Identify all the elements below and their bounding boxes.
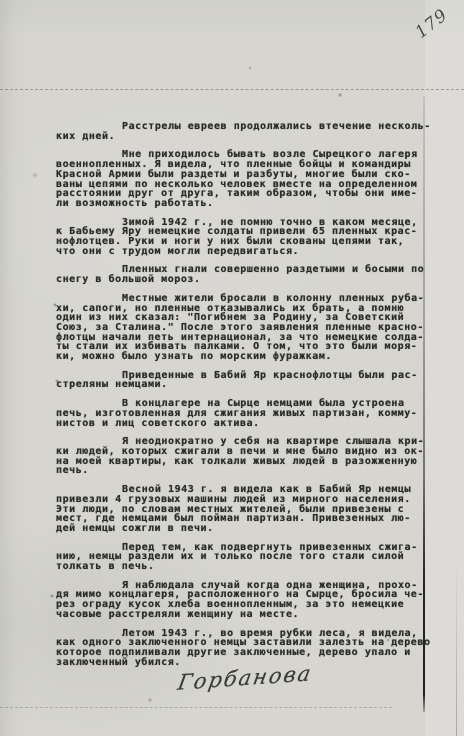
paragraph-12: Летом 1943 г., во время рубки леса, я ви… — [56, 629, 436, 668]
typewritten-text-block: Расстрелы евреев продолжались втечение н… — [56, 122, 436, 676]
paragraph-5: Местные жители бросали в колонну пленных… — [56, 294, 436, 362]
paragraph-11: Я наблюдала случай когда одна женщина, п… — [56, 581, 436, 620]
right-edge-line — [456, 556, 457, 736]
paragraph-1: Расстрелы евреев продолжались втечение н… — [56, 122, 436, 141]
scanned-page: 179 Расстрелы евреев продолжались втечен… — [0, 0, 464, 736]
paragraph-8: Я неоднократно у себя на квартире слышал… — [56, 437, 436, 476]
horizontal-fold-line-top — [0, 89, 464, 90]
horizontal-fold-line-bottom — [0, 707, 392, 708]
paragraph-6: Приведенные в Бабий Яр краснофлотцы были… — [56, 371, 436, 390]
paragraph-7: В концлагере на Сырце немцами была устро… — [56, 399, 436, 428]
paragraph-3: Зимой 1942 г., не помню точно в каком ме… — [56, 218, 436, 257]
paragraph-10: Перед тем, как подвергнуть привезенных с… — [56, 543, 436, 572]
paragraph-4: Пленных гнали совершенно раздетыми и бос… — [56, 265, 436, 284]
paragraph-9: Весной 1943 г. я видела как в Бабий Яр н… — [56, 485, 436, 534]
paragraph-2: Мне приходилось бывать возле Сырецкого л… — [56, 150, 436, 208]
